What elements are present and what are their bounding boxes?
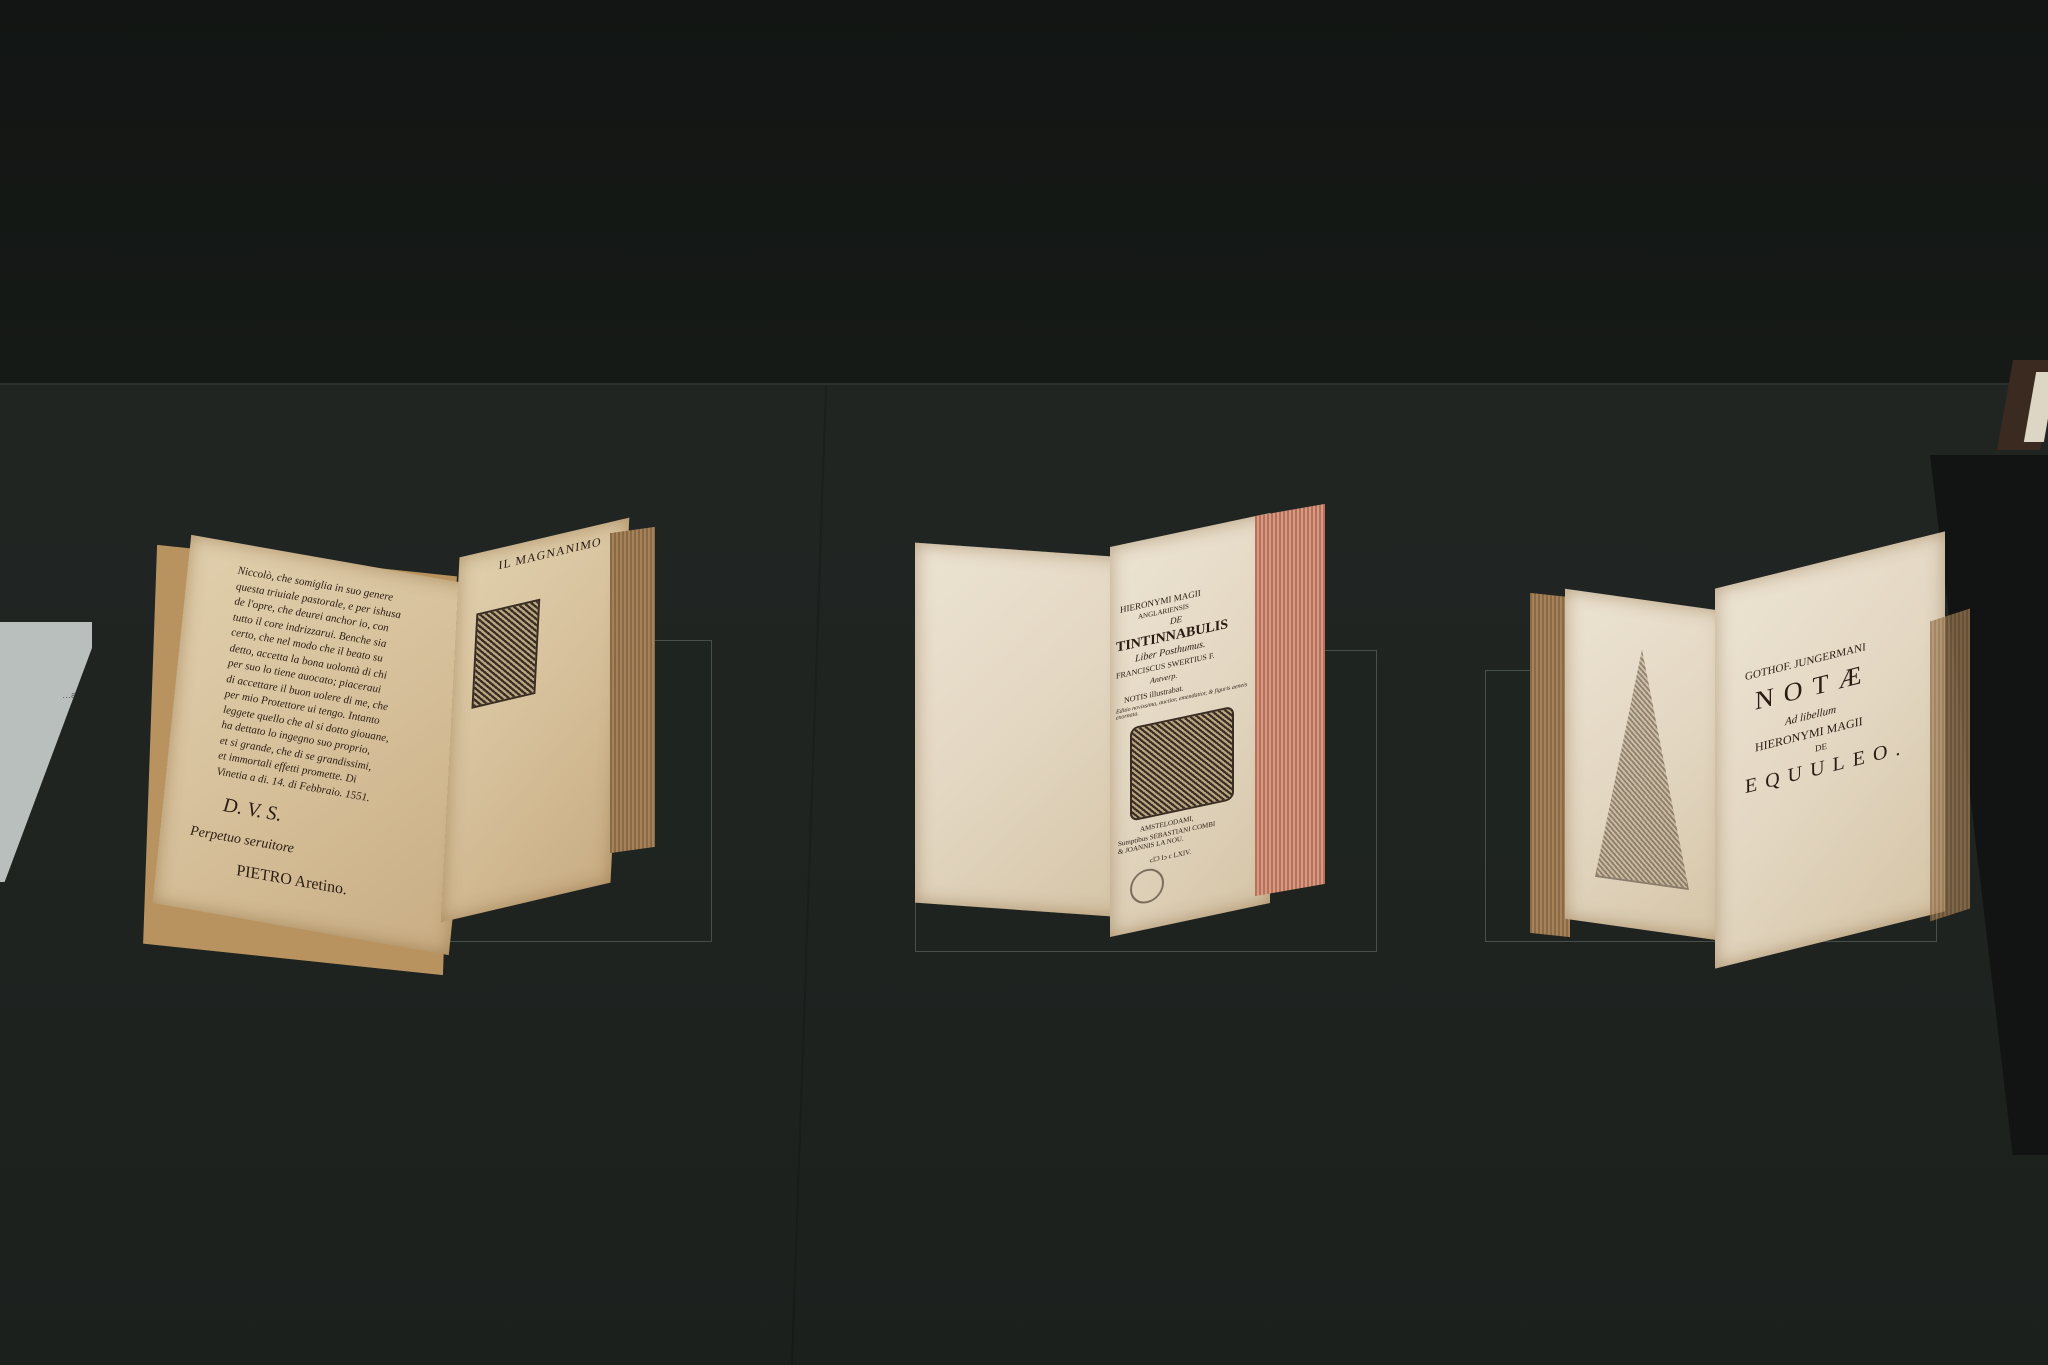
frontispiece-page xyxy=(1565,589,1725,941)
page-block-edge xyxy=(610,527,655,853)
left-page: Niccolò, che somiglia in suo genere ques… xyxy=(153,535,488,955)
title-page: HIERONYMI MAGII ANGLARIENSIS DE TINTINNA… xyxy=(1110,513,1270,937)
library-stamp-icon xyxy=(1130,866,1164,907)
title-page: GOTHOF. JUNGERMANI NOTÆ Ad libellum HIER… xyxy=(1715,531,1945,968)
letter-body-text: Niccolò, che somiglia in suo genere ques… xyxy=(216,563,476,821)
title-de: DE xyxy=(1170,614,1182,627)
woodcut-illustration xyxy=(471,599,540,709)
red-page-block-edge xyxy=(1255,504,1325,896)
dark-wall-background xyxy=(0,0,2048,385)
left-blank-page xyxy=(915,543,1125,918)
page-block-edge-right xyxy=(1930,609,1970,922)
chapter-heading: IL MAGNANIMO xyxy=(498,534,602,573)
signature-line: Perpetuo seruitore xyxy=(189,824,294,858)
book-magius-tintinnabulis: HIERONYMI MAGII ANGLARIENSIS DE TINTINNA… xyxy=(910,510,1370,960)
imprint-year: clƆ Iↄ c LXIV. xyxy=(1150,848,1191,865)
printer-device-engraving xyxy=(1130,706,1234,822)
page-block-edge-left xyxy=(1530,593,1570,937)
title-de: DE xyxy=(1815,741,1827,754)
author-signature: PIETRO Aretino. xyxy=(235,862,347,899)
book-aretino: Niccolò, che somiglia in suo genere ques… xyxy=(150,530,720,970)
book-jungermann-notae: GOTHOF. JUNGERMANI NOTÆ Ad libellum HIER… xyxy=(1530,545,2040,965)
title-editor-place: Antverp. xyxy=(1150,671,1177,686)
closing-initials: D. V. S. xyxy=(222,794,283,827)
frontispiece-engraving xyxy=(1595,643,1689,890)
right-page: IL MAGNANIMO xyxy=(441,518,630,923)
